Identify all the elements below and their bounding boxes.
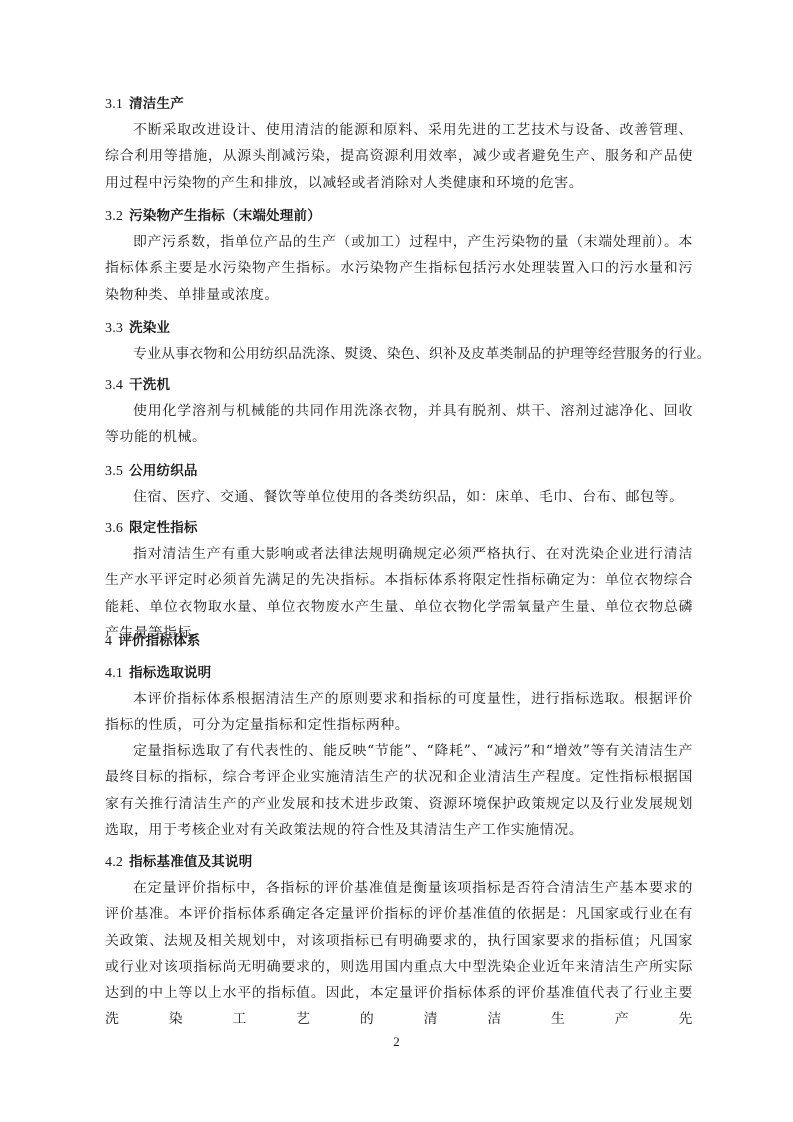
paragraph: 即产污系数，指单位产品的生产（或加工）过程中，产生污染物的量（末端处理前）。本指… [105, 229, 693, 308]
section-heading-4-2: 4.2指标基准值及其说明 [105, 853, 693, 872]
section-number: 4 [105, 634, 112, 649]
section-heading-3-5: 3.5公用纺织品 [105, 462, 693, 481]
section-heading-3-1: 3.1清洁生产 [105, 95, 693, 114]
section-heading-3-3: 3.3洗染业 [105, 319, 693, 338]
section-heading-3-2: 3.2污染物产生指标（末端处理前） [105, 207, 693, 226]
section-number: 3.3 [105, 321, 123, 336]
section-number: 3.2 [105, 209, 123, 224]
section-title: 评价指标体系 [118, 633, 200, 649]
section-title: 限定性指标 [129, 520, 198, 536]
paragraph: 本评价指标体系根据清洁生产的原则要求和指标的可度量性，进行指标选取。根据评价指标… [105, 686, 693, 739]
section-number: 4.2 [105, 855, 123, 870]
paragraph: 不断采取改进设计、使用清洁的能源和原料、采用先进的工艺技术与设备、改善管理、综合… [105, 117, 693, 196]
section-heading-4: 4评价指标体系 [105, 632, 693, 651]
document-page: 3.1清洁生产 不断采取改进设计、使用清洁的能源和原料、采用先进的工艺技术与设备… [0, 0, 793, 1122]
paragraph: 指对清洁生产有重大影响或者法律法规明确规定必须严格执行、在对洗染企业进行清洁生产… [105, 541, 693, 646]
paragraph: 专业从事衣物和公用纺织品洗涤、熨烫、染色、织补及皮革类制品的护理等经营服务的行业… [105, 341, 693, 367]
paragraph: 使用化学溶剂与机械能的共同作用洗涤衣物，并具有脱剂、烘干、溶剂过滤净化、回收等功… [105, 398, 693, 451]
section-title: 污染物产生指标（末端处理前） [129, 208, 321, 224]
section-number: 3.4 [105, 378, 123, 393]
section-title: 洗染业 [129, 320, 170, 336]
section-number: 4.1 [105, 666, 123, 681]
section-number: 3.6 [105, 521, 123, 536]
page-number: 2 [0, 1034, 793, 1050]
paragraph: 定量指标选取了有代表性的、能反映“节能”、“降耗”、“减污”和“增效”等有关清洁… [105, 738, 693, 843]
section-heading-3-4: 3.4干洗机 [105, 376, 693, 395]
section-number: 3.5 [105, 464, 123, 479]
section-title: 指标基准值及其说明 [129, 854, 252, 870]
paragraph: 住宿、医疗、交通、餐饮等单位使用的各类纺织品，如：床单、毛巾、台布、邮包等。 [105, 484, 693, 510]
section-number: 3.1 [105, 97, 123, 112]
section-title: 指标选取说明 [129, 665, 211, 681]
paragraph: 在定量评价指标中，各指标的评价基准值是衡量该项指标是否符合清洁生产基本要求的评价… [105, 875, 693, 1033]
section-title: 清洁生产 [129, 96, 184, 112]
section-heading-3-6: 3.6限定性指标 [105, 519, 693, 538]
section-heading-4-1: 4.1指标选取说明 [105, 664, 693, 683]
section-title: 干洗机 [129, 377, 170, 393]
section-title: 公用纺织品 [129, 463, 198, 479]
